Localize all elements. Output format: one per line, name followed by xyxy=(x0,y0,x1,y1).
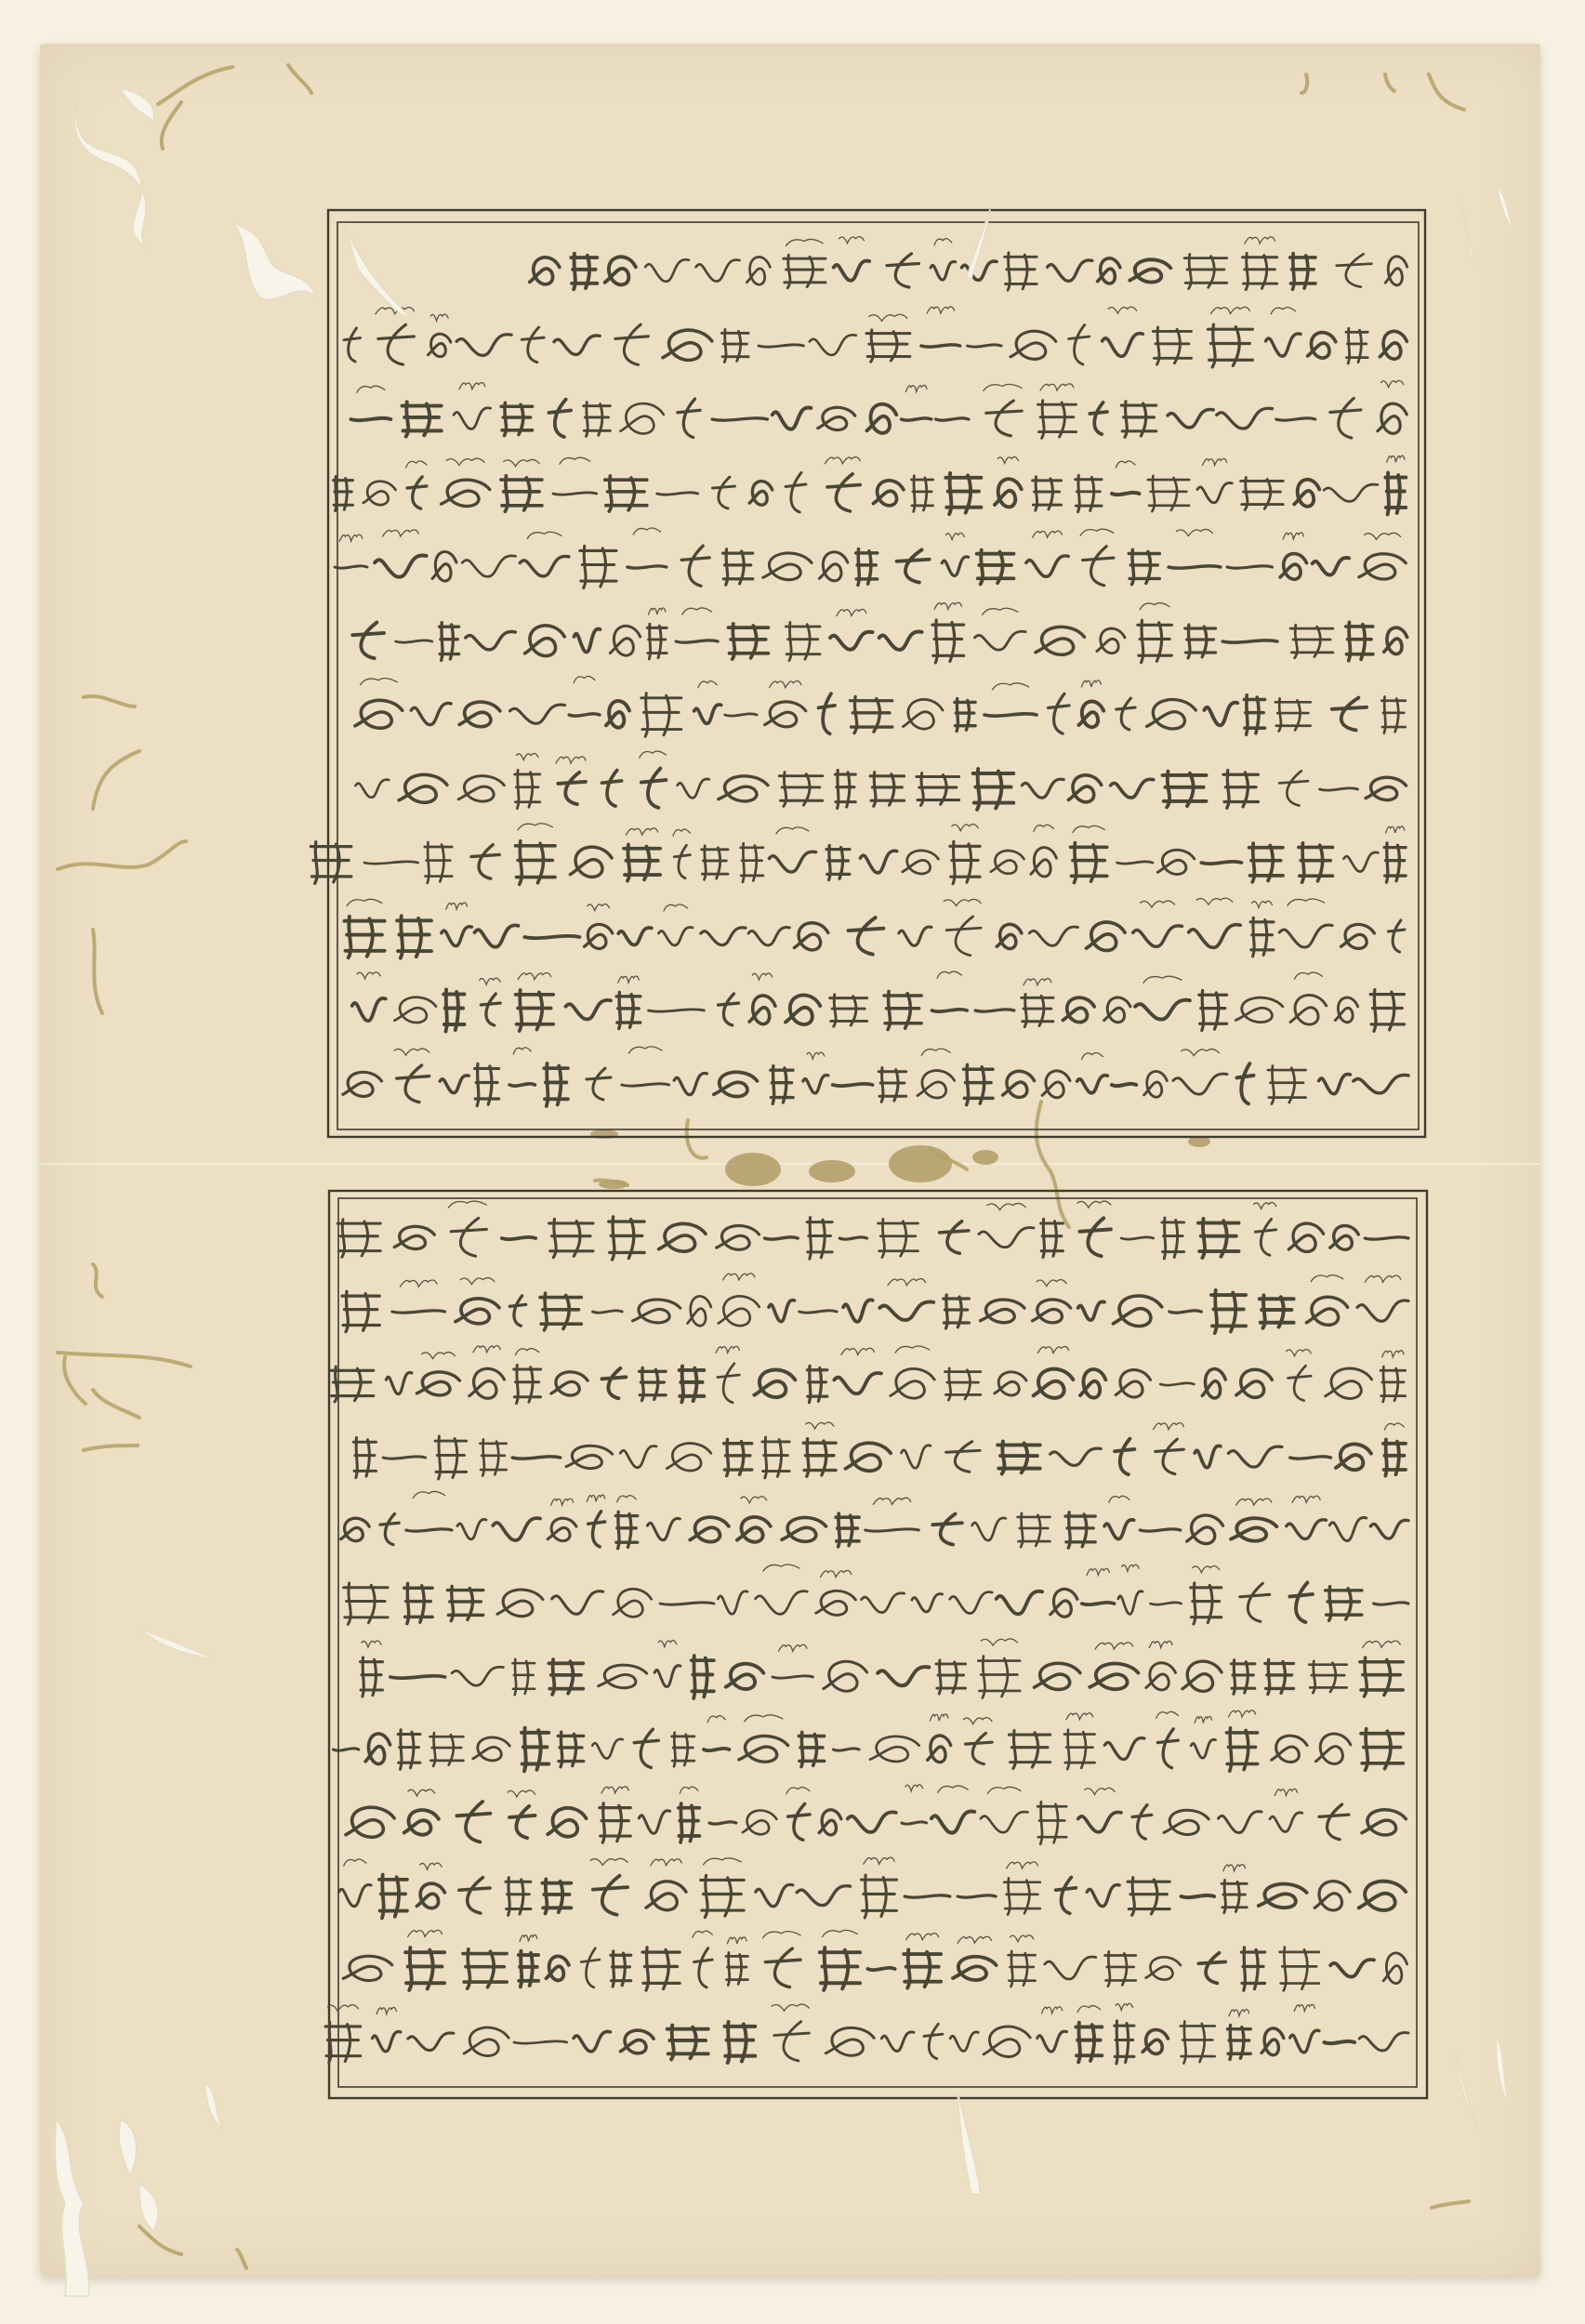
cursive-glyph xyxy=(375,555,426,576)
cursive-glyph xyxy=(1326,1368,1372,1398)
cursive-glyph xyxy=(641,693,681,737)
cursive-glyph xyxy=(984,2027,1030,2056)
cursive-glyph xyxy=(779,772,822,807)
furigana-mark xyxy=(1384,1423,1404,1430)
cursive-glyph xyxy=(1290,1457,1331,1459)
cursive-glyph xyxy=(794,923,827,950)
cursive-glyph xyxy=(1087,1885,1119,1907)
cursive-glyph xyxy=(606,701,629,728)
cursive-glyph xyxy=(712,477,734,508)
text-line xyxy=(325,2003,1408,2064)
cursive-glyph xyxy=(981,1300,1024,1323)
furigana-mark xyxy=(1229,2010,1249,2016)
text-line xyxy=(355,751,1406,810)
worm-track xyxy=(1301,74,1307,93)
cursive-glyph xyxy=(443,990,464,1032)
cursive-glyph xyxy=(1244,695,1264,735)
cursive-glyph xyxy=(1029,927,1077,945)
cursive-glyph xyxy=(1140,1529,1181,1531)
cursive-glyph xyxy=(1361,1729,1403,1770)
cursive-glyph xyxy=(1275,698,1311,731)
wormhole xyxy=(232,223,316,299)
cursive-glyph xyxy=(955,699,975,732)
water-stain xyxy=(809,1160,855,1182)
cursive-glyph xyxy=(986,401,1022,436)
cursive-glyph xyxy=(1198,1219,1238,1258)
cursive-glyph xyxy=(549,1219,593,1257)
cursive-glyph xyxy=(459,702,500,727)
cursive-glyph xyxy=(1265,1659,1294,1694)
cursive-glyph xyxy=(624,844,660,880)
wormhole xyxy=(139,2185,158,2231)
wormhole xyxy=(1497,2036,1511,2110)
cursive-glyph xyxy=(615,1512,638,1548)
cursive-glyph xyxy=(1162,1218,1184,1259)
cursive-glyph xyxy=(1068,775,1101,802)
cursive-glyph xyxy=(932,620,964,663)
cursive-glyph xyxy=(548,1518,576,1540)
cursive-glyph xyxy=(977,550,1014,585)
cursive-glyph xyxy=(924,2024,943,2058)
cursive-glyph xyxy=(881,2032,914,2052)
cursive-glyph xyxy=(344,328,361,362)
furigana-mark xyxy=(1082,1053,1103,1060)
cursive-glyph xyxy=(512,1659,535,1695)
cursive-glyph xyxy=(868,1968,895,1970)
cursive-glyph xyxy=(657,493,698,495)
text-line xyxy=(339,1857,1407,1918)
cursive-glyph xyxy=(575,629,601,653)
cursive-glyph xyxy=(940,1221,969,1253)
cursive-glyph xyxy=(1033,477,1062,510)
cursive-glyph xyxy=(1359,1882,1406,1910)
cursive-glyph xyxy=(1329,1517,1367,1540)
cursive-glyph xyxy=(827,474,860,511)
cursive-glyph xyxy=(618,928,652,945)
cursive-glyph xyxy=(1164,1810,1209,1834)
text-line xyxy=(350,380,1407,438)
cursive-glyph xyxy=(585,924,613,948)
cursive-glyph xyxy=(406,1529,452,1531)
furigana-mark xyxy=(698,681,717,688)
cursive-glyph xyxy=(1288,1223,1323,1251)
furigana-mark xyxy=(1203,458,1227,465)
cursive-glyph xyxy=(342,1291,379,1331)
cursive-glyph xyxy=(674,845,690,878)
cursive-glyph xyxy=(911,476,932,512)
cursive-glyph xyxy=(1098,258,1120,284)
furigana-mark xyxy=(1386,826,1405,833)
cursive-glyph xyxy=(346,1807,394,1837)
cursive-glyph xyxy=(688,1296,711,1326)
cursive-glyph xyxy=(566,1446,613,1468)
cursive-glyph xyxy=(1384,627,1407,654)
cursive-glyph xyxy=(973,769,1014,810)
cursive-glyph xyxy=(672,1733,694,1766)
cursive-glyph xyxy=(873,481,903,506)
cursive-glyph xyxy=(1279,771,1308,805)
furigana-mark xyxy=(504,459,539,466)
worm-track xyxy=(84,1446,138,1450)
cursive-glyph xyxy=(807,1366,826,1402)
cursive-glyph xyxy=(786,995,820,1024)
cursive-glyph xyxy=(481,994,500,1025)
furigana-mark xyxy=(934,602,961,609)
cursive-glyph xyxy=(1076,2023,1102,2063)
furigana-mark xyxy=(1095,1643,1133,1649)
cursive-glyph xyxy=(1168,409,1213,427)
furigana-mark xyxy=(776,827,809,834)
cursive-glyph xyxy=(803,1076,828,1093)
cursive-glyph xyxy=(1362,1810,1406,1835)
cursive-glyph xyxy=(754,1370,795,1398)
cursive-glyph xyxy=(765,1948,800,1987)
furigana-mark xyxy=(1116,2003,1132,2010)
cursive-glyph xyxy=(676,640,718,642)
furigana-mark xyxy=(1365,1275,1400,1282)
cursive-glyph xyxy=(360,1657,382,1697)
cursive-glyph xyxy=(475,1063,499,1105)
cursive-glyph xyxy=(1237,1063,1254,1103)
cursive-glyph xyxy=(1144,1072,1168,1098)
cursive-glyph xyxy=(1240,1583,1270,1621)
cursive-glyph xyxy=(581,1948,600,1987)
cursive-glyph xyxy=(799,1311,837,1313)
cursive-glyph xyxy=(861,1875,896,1918)
cursive-glyph xyxy=(1243,253,1277,289)
cursive-glyph xyxy=(818,407,855,429)
furigana-mark xyxy=(1196,898,1233,905)
cursive-glyph xyxy=(667,1444,710,1471)
cursive-glyph xyxy=(647,624,667,659)
cursive-glyph xyxy=(522,1728,548,1772)
cursive-glyph xyxy=(997,1591,1042,1615)
furigana-mark xyxy=(1210,307,1249,313)
furigana-mark xyxy=(601,1787,628,1793)
cursive-glyph xyxy=(1077,1076,1108,1093)
furigana-mark xyxy=(640,751,667,758)
cursive-glyph xyxy=(325,2022,361,2063)
cursive-glyph xyxy=(836,1513,859,1546)
cursive-glyph xyxy=(1385,473,1406,515)
furigana-mark xyxy=(770,681,801,688)
upper-panel-text xyxy=(310,237,1408,1106)
cursive-glyph xyxy=(693,1948,712,1987)
cursive-glyph xyxy=(551,1372,588,1395)
furigana-mark xyxy=(786,239,824,245)
text-line xyxy=(330,1346,1405,1404)
furigana-mark xyxy=(786,1788,810,1794)
cursive-glyph xyxy=(352,998,386,1021)
cursive-glyph xyxy=(502,1237,535,1239)
cursive-glyph xyxy=(944,1295,970,1328)
cursive-glyph xyxy=(964,1064,993,1104)
furigana-mark xyxy=(934,239,952,245)
cursive-glyph xyxy=(848,1812,896,1832)
cursive-glyph xyxy=(1290,995,1327,1024)
cursive-glyph xyxy=(645,259,689,281)
text-line xyxy=(310,824,1406,885)
cursive-glyph xyxy=(679,1803,700,1842)
water-stain xyxy=(972,1150,998,1165)
furigana-mark xyxy=(473,1346,500,1353)
cursive-glyph xyxy=(681,546,709,586)
cursive-glyph xyxy=(425,842,452,883)
cursive-glyph xyxy=(447,1586,482,1620)
cursive-glyph xyxy=(1290,254,1315,290)
cursive-glyph xyxy=(1128,1878,1169,1916)
furigana-mark xyxy=(357,972,380,979)
cursive-glyph xyxy=(615,324,649,364)
cursive-glyph xyxy=(1201,862,1241,864)
wormhole xyxy=(1455,2054,1478,2129)
cursive-glyph xyxy=(509,1084,535,1086)
cursive-glyph xyxy=(1266,334,1301,356)
cursive-glyph xyxy=(519,1951,538,1987)
furigana-mark xyxy=(987,1787,1021,1793)
cursive-glyph xyxy=(667,2026,708,2060)
worm-track xyxy=(1429,74,1464,110)
furigana-mark xyxy=(693,1931,712,1937)
cursive-glyph xyxy=(515,841,555,885)
cursive-glyph xyxy=(1336,1445,1371,1471)
cursive-glyph xyxy=(1255,1219,1275,1255)
cursive-glyph xyxy=(1078,1812,1121,1831)
wormhole xyxy=(344,223,409,317)
wormhole xyxy=(1497,186,1520,242)
text-line xyxy=(333,1710,1403,1771)
cursive-glyph xyxy=(1202,1369,1225,1398)
furigana-mark xyxy=(1154,1423,1184,1430)
cursive-glyph xyxy=(1326,1587,1362,1620)
cursive-glyph xyxy=(826,846,850,880)
cursive-glyph xyxy=(942,557,968,576)
cursive-glyph xyxy=(721,329,748,362)
cursive-glyph xyxy=(856,549,878,586)
cursive-glyph xyxy=(611,1951,631,1987)
cursive-glyph xyxy=(974,631,1025,650)
cursive-glyph xyxy=(1147,700,1196,729)
worm-track xyxy=(93,1264,102,1297)
cursive-glyph xyxy=(1227,566,1272,568)
cursive-glyph xyxy=(953,1957,997,1980)
furigana-mark xyxy=(520,1934,537,1941)
cursive-glyph xyxy=(501,476,542,511)
cursive-glyph xyxy=(819,693,836,733)
cursive-glyph xyxy=(344,1583,388,1624)
cursive-glyph xyxy=(1324,2041,1354,2043)
cursive-glyph xyxy=(1080,1369,1105,1398)
furigana-mark xyxy=(518,824,552,830)
furigana-mark xyxy=(864,1857,894,1864)
cursive-glyph xyxy=(862,1593,905,1613)
furigana-mark xyxy=(1143,976,1182,983)
cursive-glyph xyxy=(946,1442,981,1472)
cursive-glyph xyxy=(718,1591,747,1614)
cursive-glyph xyxy=(1289,1582,1313,1622)
cursive-glyph xyxy=(463,1949,507,1988)
cursive-glyph xyxy=(333,1749,358,1750)
cursive-glyph xyxy=(958,1895,996,1897)
cursive-glyph xyxy=(416,1883,444,1908)
cursive-glyph xyxy=(928,1736,951,1763)
cursive-glyph xyxy=(1313,558,1349,575)
cursive-glyph xyxy=(1223,771,1258,808)
cursive-glyph xyxy=(782,1517,826,1541)
worm-track xyxy=(93,1390,139,1418)
cursive-glyph xyxy=(480,1439,506,1475)
furigana-mark xyxy=(587,1495,604,1501)
cursive-glyph xyxy=(870,1736,919,1762)
cursive-glyph xyxy=(866,330,910,362)
cursive-glyph xyxy=(1208,324,1252,367)
cursive-glyph xyxy=(1048,260,1092,281)
cursive-glyph xyxy=(548,1808,586,1837)
wormhole xyxy=(139,1629,214,1659)
cursive-glyph xyxy=(549,400,571,437)
cursive-glyph xyxy=(341,1518,370,1540)
furigana-mark xyxy=(938,1786,968,1792)
furigana-mark xyxy=(1085,1788,1115,1794)
furigana-mark xyxy=(945,533,964,539)
furigana-mark xyxy=(707,1716,725,1723)
furigana-mark xyxy=(1073,825,1104,832)
cursive-glyph xyxy=(343,1072,382,1096)
furigana-mark xyxy=(1116,461,1135,468)
furigana-mark xyxy=(958,1936,991,1943)
cursive-glyph xyxy=(353,1437,376,1477)
worm-track xyxy=(687,1120,707,1158)
cursive-glyph xyxy=(592,1311,622,1313)
cursive-glyph xyxy=(592,1739,623,1759)
cursive-glyph xyxy=(1181,2021,1215,2063)
cursive-glyph xyxy=(355,780,389,798)
text-line xyxy=(342,1274,1408,1333)
cursive-glyph xyxy=(1157,1729,1178,1768)
furigana-mark xyxy=(779,1644,807,1651)
furigana-mark xyxy=(400,1280,437,1287)
cursive-glyph xyxy=(640,1367,666,1400)
furigana-mark xyxy=(837,609,866,615)
cursive-glyph xyxy=(442,927,471,946)
furigana-mark xyxy=(1037,1280,1066,1287)
cursive-glyph xyxy=(1037,2031,1067,2052)
cursive-glyph xyxy=(1319,1804,1349,1840)
cursive-glyph xyxy=(1097,628,1125,654)
worm-track xyxy=(237,2250,246,2268)
cursive-glyph xyxy=(1381,696,1406,733)
worm-track xyxy=(288,65,311,93)
cursive-glyph xyxy=(601,1368,626,1398)
furigana-mark xyxy=(1081,680,1101,687)
furigana-mark xyxy=(1077,2006,1100,2013)
furigana-mark xyxy=(906,1934,939,1940)
cursive-glyph xyxy=(997,1442,1039,1474)
cursive-glyph xyxy=(1359,554,1406,579)
cursive-glyph xyxy=(995,479,1022,507)
cursive-glyph xyxy=(1314,1882,1350,1910)
cursive-glyph xyxy=(746,257,770,284)
text-line xyxy=(346,1785,1406,1844)
cursive-glyph xyxy=(1036,627,1085,654)
cursive-text-layer xyxy=(310,237,1408,2064)
cursive-glyph xyxy=(1022,994,1053,1026)
cursive-glyph xyxy=(1187,1515,1223,1543)
cursive-glyph xyxy=(824,1661,867,1691)
cursive-glyph xyxy=(702,846,728,879)
cursive-glyph xyxy=(330,1367,373,1402)
cursive-glyph xyxy=(1374,1603,1408,1604)
stain-layer xyxy=(590,1129,1210,1189)
cursive-glyph xyxy=(921,345,960,347)
furigana-mark xyxy=(1182,1050,1220,1056)
text-line xyxy=(337,1201,1408,1260)
cursive-glyph xyxy=(634,1729,658,1767)
cursive-glyph xyxy=(641,769,667,808)
furigana-mark xyxy=(1365,533,1401,539)
cursive-glyph xyxy=(1332,697,1367,730)
cursive-glyph xyxy=(765,702,806,727)
cursive-glyph xyxy=(1033,1300,1071,1323)
cursive-glyph xyxy=(501,403,533,435)
cursive-glyph xyxy=(743,1811,776,1835)
furigana-mark xyxy=(873,1498,910,1504)
furigana-mark xyxy=(574,676,595,682)
cursive-glyph xyxy=(514,1365,541,1403)
cursive-glyph xyxy=(762,1437,789,1478)
cursive-glyph xyxy=(1116,698,1135,730)
cursive-glyph xyxy=(694,705,721,723)
cursive-glyph xyxy=(1146,1957,1181,1979)
cursive-glyph xyxy=(991,851,1024,874)
text-line xyxy=(344,1565,1408,1624)
text-line xyxy=(530,237,1407,291)
cursive-glyph xyxy=(435,1436,466,1479)
furigana-mark xyxy=(1380,380,1403,387)
cursive-glyph xyxy=(402,402,441,436)
cursive-glyph xyxy=(786,473,806,512)
cursive-glyph xyxy=(719,994,739,1025)
cursive-glyph xyxy=(469,1368,505,1398)
furigana-mark xyxy=(1037,1346,1068,1353)
furigana-mark xyxy=(459,383,485,390)
furigana-mark xyxy=(1252,901,1273,907)
water-stain xyxy=(725,1153,781,1186)
cursive-glyph xyxy=(807,1218,832,1260)
cursive-glyph xyxy=(803,1439,836,1477)
furigana-mark xyxy=(1271,308,1295,314)
cursive-glyph xyxy=(692,1656,714,1698)
cursive-glyph xyxy=(399,774,447,802)
cursive-glyph xyxy=(1222,1880,1247,1912)
furigana-mark xyxy=(651,1859,681,1866)
furigana-mark xyxy=(626,828,657,835)
cursive-glyph xyxy=(1111,779,1154,798)
cursive-glyph xyxy=(709,1822,736,1824)
cursive-glyph xyxy=(1087,922,1125,950)
cursive-glyph xyxy=(497,1590,543,1617)
text-line xyxy=(353,1422,1406,1479)
cursive-glyph xyxy=(397,1065,429,1103)
text-line xyxy=(343,1930,1407,1990)
cursive-glyph xyxy=(512,1457,560,1459)
cursive-glyph xyxy=(1341,924,1374,948)
cursive-glyph xyxy=(1116,1370,1150,1397)
cursive-glyph xyxy=(456,1802,490,1842)
cursive-glyph xyxy=(456,1299,499,1324)
cursive-glyph xyxy=(1236,1369,1272,1397)
furigana-mark xyxy=(723,1274,755,1280)
